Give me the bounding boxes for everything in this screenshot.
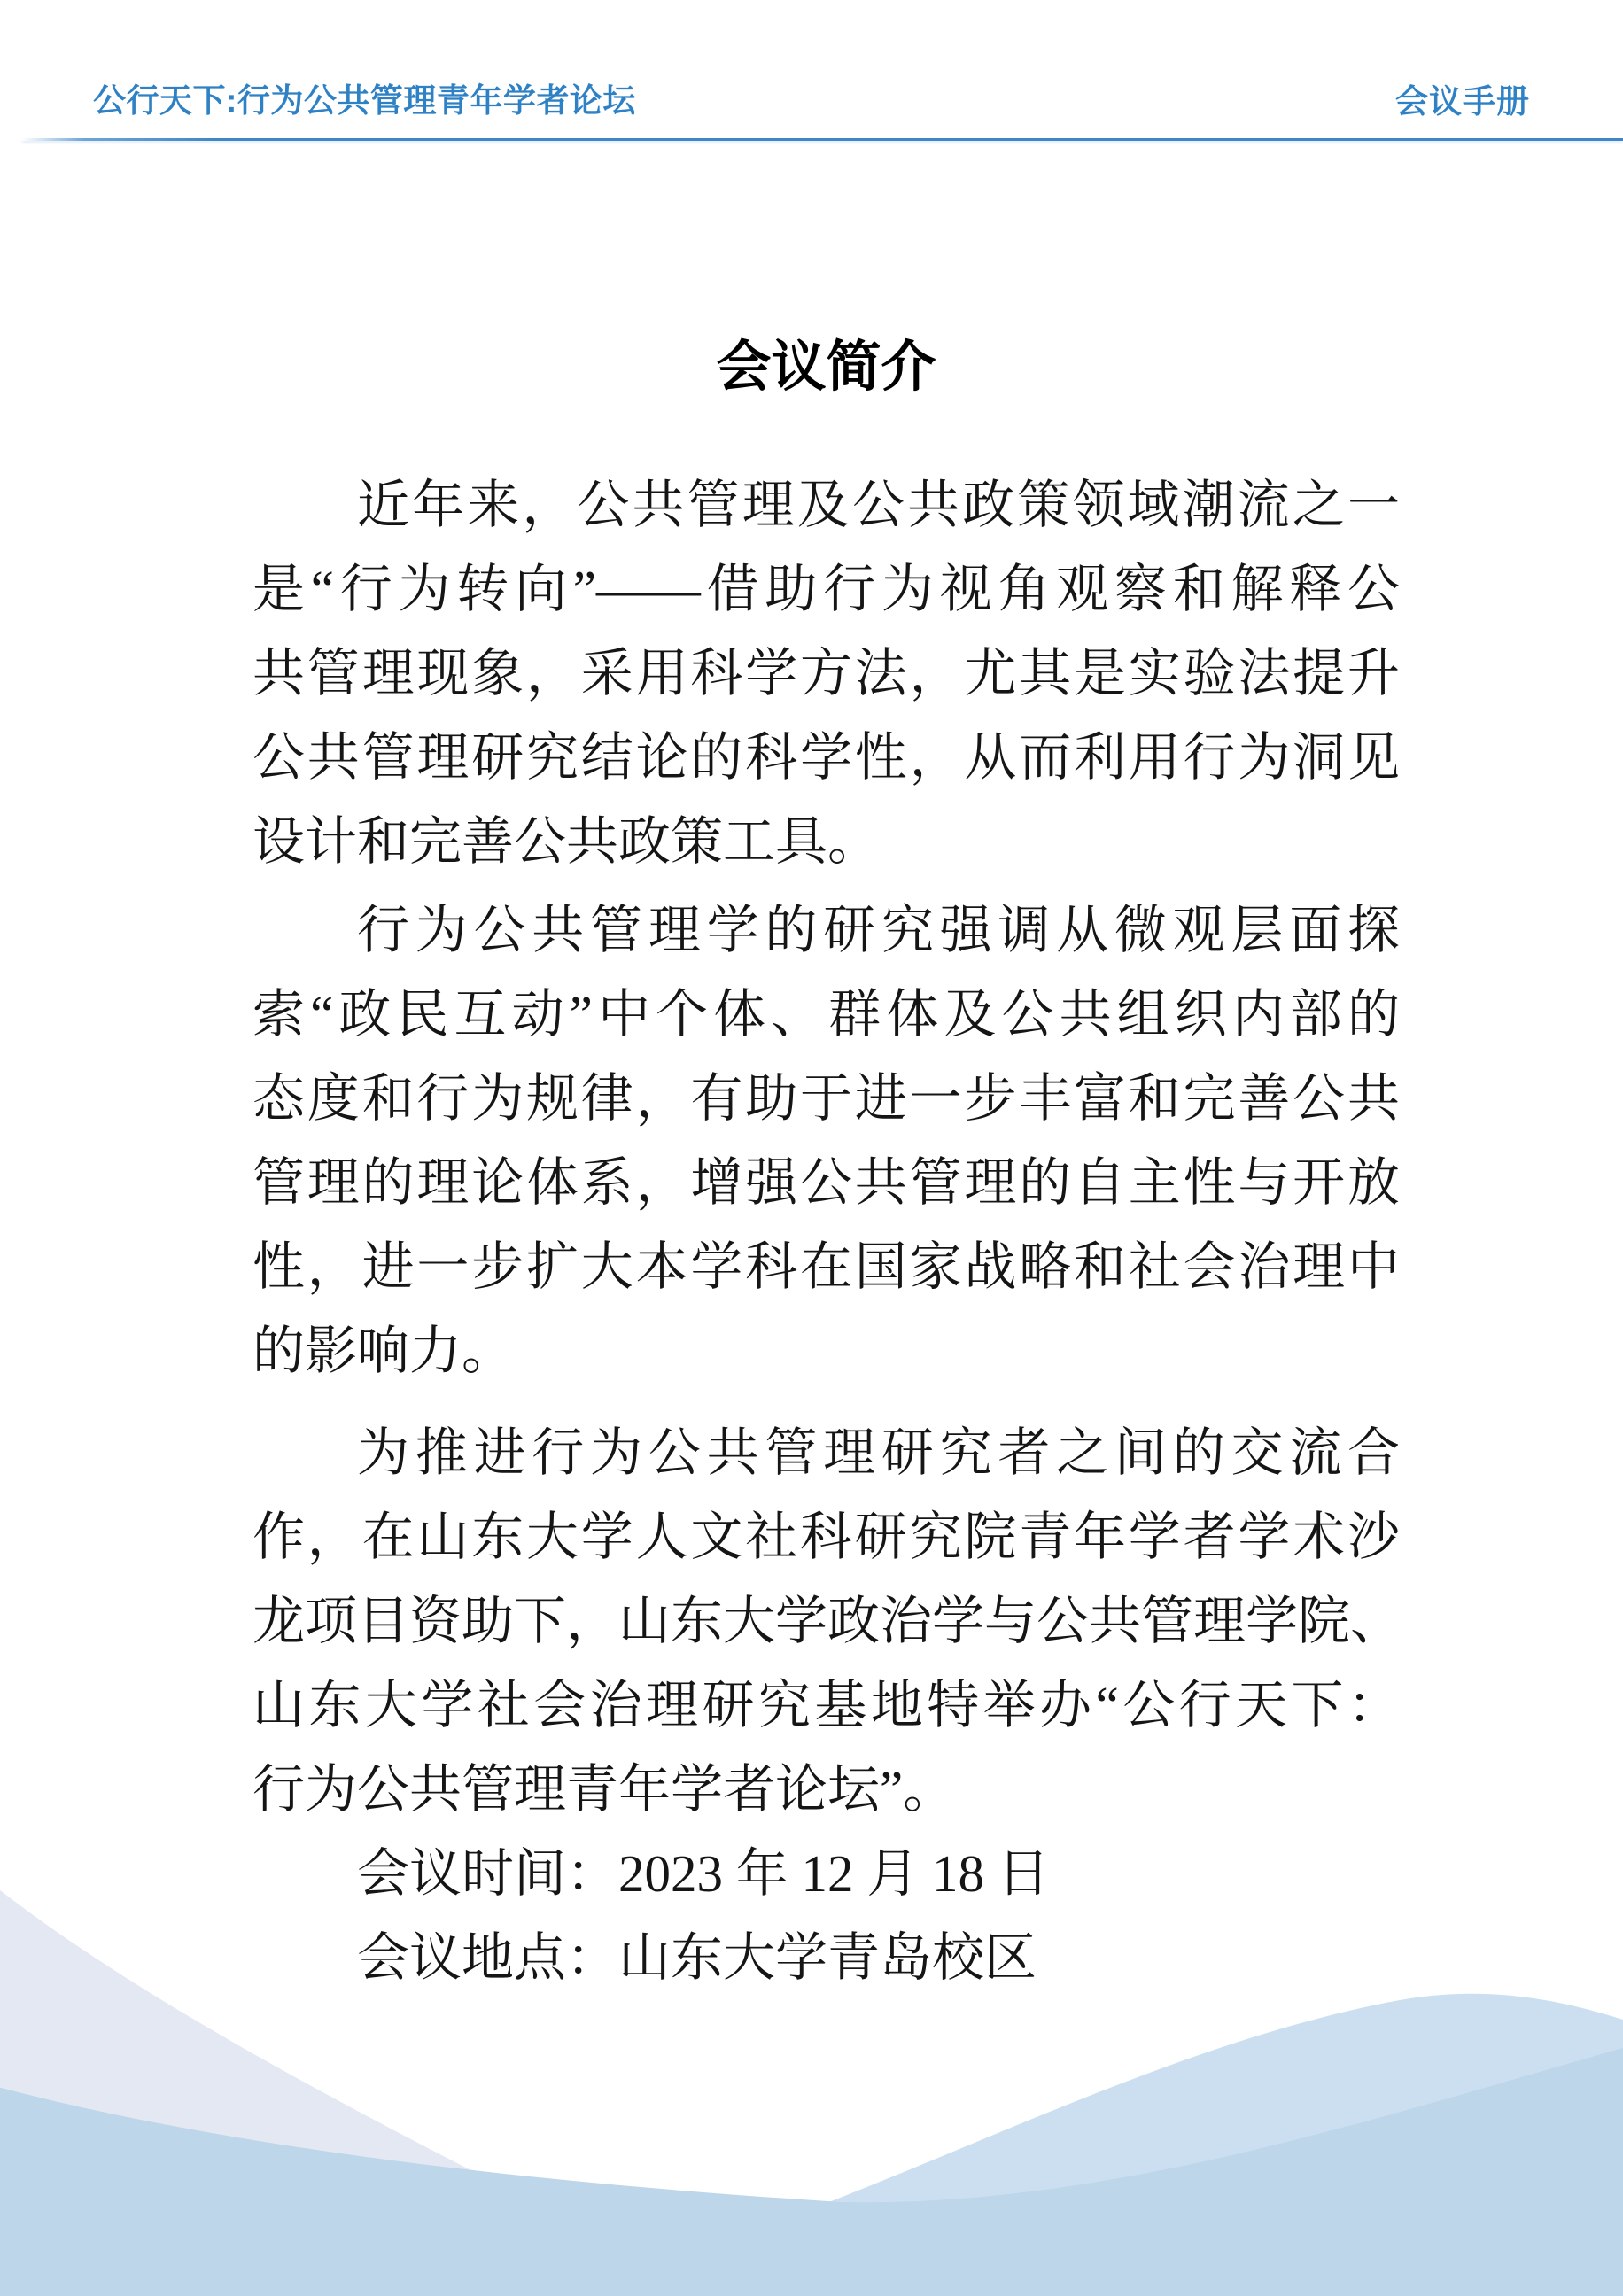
text-line: 性，进一步扩大本学科在国家战略和社会治理中 (252, 1225, 1400, 1309)
document-body: 会议简介 近年来，公共管理及公共政策领域潮流之一是“行为转向”——借助行为视角观… (252, 326, 1400, 2000)
text-line: 共管理现象，采用科学方法，尤其是实验法提升 (252, 632, 1400, 716)
text-line: 为推进行为公共管理研究者之间的交流合 (252, 1411, 1400, 1495)
text-line: 公共管理研究结论的科学性，从而利用行为洞见 (252, 716, 1400, 800)
text-line: 索“政民互动”中个体、群体及公共组织内部的 (252, 973, 1400, 1057)
page-title: 会议简介 (252, 326, 1400, 410)
text-line: 山东大学社会治理研究基地特举办“公行天下： (252, 1664, 1400, 1748)
text-line: 作，在山东大学人文社科研究院青年学者学术沙 (252, 1495, 1400, 1579)
text-line: 设计和完善公共政策工具。 (252, 800, 1400, 884)
text-line: 的影响力。 (252, 1309, 1400, 1393)
footer-wave-graphic (0, 1765, 1623, 2296)
paragraph: 近年来，公共管理及公共政策领域潮流之一是“行为转向”——借助行为视角观察和解释公… (252, 463, 1400, 884)
header-manual-label: 会议手册 (1395, 83, 1530, 122)
conference-manual-page: 公行天下:行为公共管理青年学者论坛 会议手册 会议简介 近年来，公共管理及公共政… (0, 0, 1623, 2296)
text-line: 态度和行为规律，有助于进一步丰富和完善公共 (252, 1057, 1400, 1141)
text-line: 是“行为转向”——借助行为视角观察和解释公 (252, 547, 1400, 632)
paragraph: 行为公共管理学的研究强调从微观层面探索“政民互动”中个体、群体及公共组织内部的态… (252, 888, 1400, 1393)
text-line: 近年来，公共管理及公共政策领域潮流之一 (252, 463, 1400, 547)
text-line: 管理的理论体系，增强公共管理的自主性与开放 (252, 1141, 1400, 1225)
header-rule (22, 138, 1623, 141)
text-line: 行为公共管理学的研究强调从微观层面探 (252, 888, 1400, 973)
header-forum-title: 公行天下:行为公共管理青年学者论坛 (93, 81, 636, 120)
text-line: 龙项目资助下，山东大学政治学与公共管理学院、 (252, 1579, 1400, 1664)
